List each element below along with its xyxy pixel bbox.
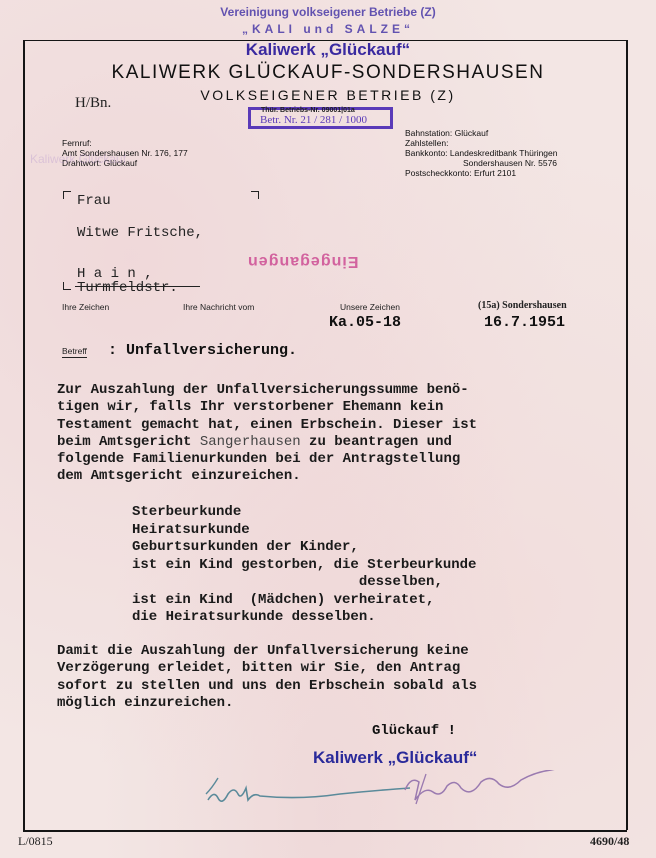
our-ref-label: Unsere Zeichen [340, 302, 400, 312]
court-name: Sangerhausen [200, 434, 301, 450]
letter-date: 16.7.1951 [484, 314, 565, 331]
print-code: 4690/48 [590, 834, 629, 849]
faint-stamp: Kaliwerk Glückauf [30, 152, 126, 167]
address-bracket-bottom-left [63, 282, 71, 290]
list-item: Geburtsurkunden der Kinder, [132, 539, 476, 557]
list-item: desselben, [132, 574, 476, 592]
handwritten-signature [200, 770, 620, 820]
our-ref-value: Ka.05-18 [329, 314, 401, 331]
contact-row: Sondershausen Nr. 5576 [405, 158, 558, 168]
operation-number: Betr. Nr. 21 / 281 / 1000 [260, 114, 367, 126]
signature-company-stamp: Kaliwerk „Glückauf“ [313, 748, 477, 768]
recipient-name: Witwe Fritsche, [77, 225, 203, 241]
recipient-salutation: Frau [77, 193, 111, 209]
received-stamp: Eingegangen [247, 252, 358, 270]
body-paragraph-2: Damit die Auszahlung der Unfallversicher… [57, 643, 477, 712]
your-ref-label: Ihre Zeichen [62, 302, 109, 312]
contact-row: Bankkonto: Landeskreditbank Thüringen [405, 148, 558, 158]
association-stamp-line2: „KALI und SALZE“ [0, 22, 656, 36]
reference-initials: H/Bn. [75, 95, 111, 112]
letterhead-title: KALIWERK GLÜCKAUF-SONDERSHAUSEN [0, 62, 656, 84]
operation-number-stamp: Thür. Betriebs-Nr. 09001|01a Betr. Nr. 2… [248, 107, 393, 129]
your-message-label: Ihre Nachricht vom [183, 302, 254, 312]
closing-greeting: Glückauf ! [372, 723, 456, 739]
form-code: L/0815 [18, 834, 53, 849]
recipient-street: Turmfeldstr. [77, 280, 178, 296]
letterhead-frame-left [23, 40, 25, 830]
contact-info-right: Bahnstation: Glückauf Zahlstellen: Bankk… [405, 128, 558, 178]
subject-text: : Unfallversicherung. [108, 342, 297, 359]
address-bracket-top-left [63, 191, 71, 199]
association-stamp-line1: Vereinigung volkseigener Betriebe (Z) [0, 5, 656, 19]
document-list: SterbeurkundeHeiratsurkundeGeburtsurkund… [132, 504, 476, 627]
place-label: (15a) Sondershausen [478, 300, 567, 311]
subject-label: Betreff [62, 346, 87, 358]
contact-row: Bahnstation: Glückauf [405, 128, 558, 138]
company-stamp: Kaliwerk „Glückauf“ [0, 40, 656, 60]
body-paragraph-1: Zur Auszahlung der Unfallversicherungssu… [57, 382, 477, 486]
letterhead-frame-right [626, 40, 628, 830]
list-item: ist ein Kind (Mädchen) verheiratet, [132, 592, 476, 610]
list-item: ist ein Kind gestorben, die Sterbeurkund… [132, 557, 476, 575]
contact-row: Postscheckkonto: Erfurt 2101 [405, 168, 558, 178]
list-item: Heiratsurkunde [132, 522, 476, 540]
address-bracket-top-right [251, 191, 259, 199]
letterhead-frame-bottom [23, 830, 627, 832]
contact-row: Zahlstellen: [405, 138, 558, 148]
phone-label: Fernruf: [62, 138, 188, 148]
list-item: die Heiratsurkunde desselben. [132, 609, 476, 627]
operation-number-header: Thür. Betriebs-Nr. 09001|01a [261, 107, 355, 114]
list-item: Sterbeurkunde [132, 504, 476, 522]
